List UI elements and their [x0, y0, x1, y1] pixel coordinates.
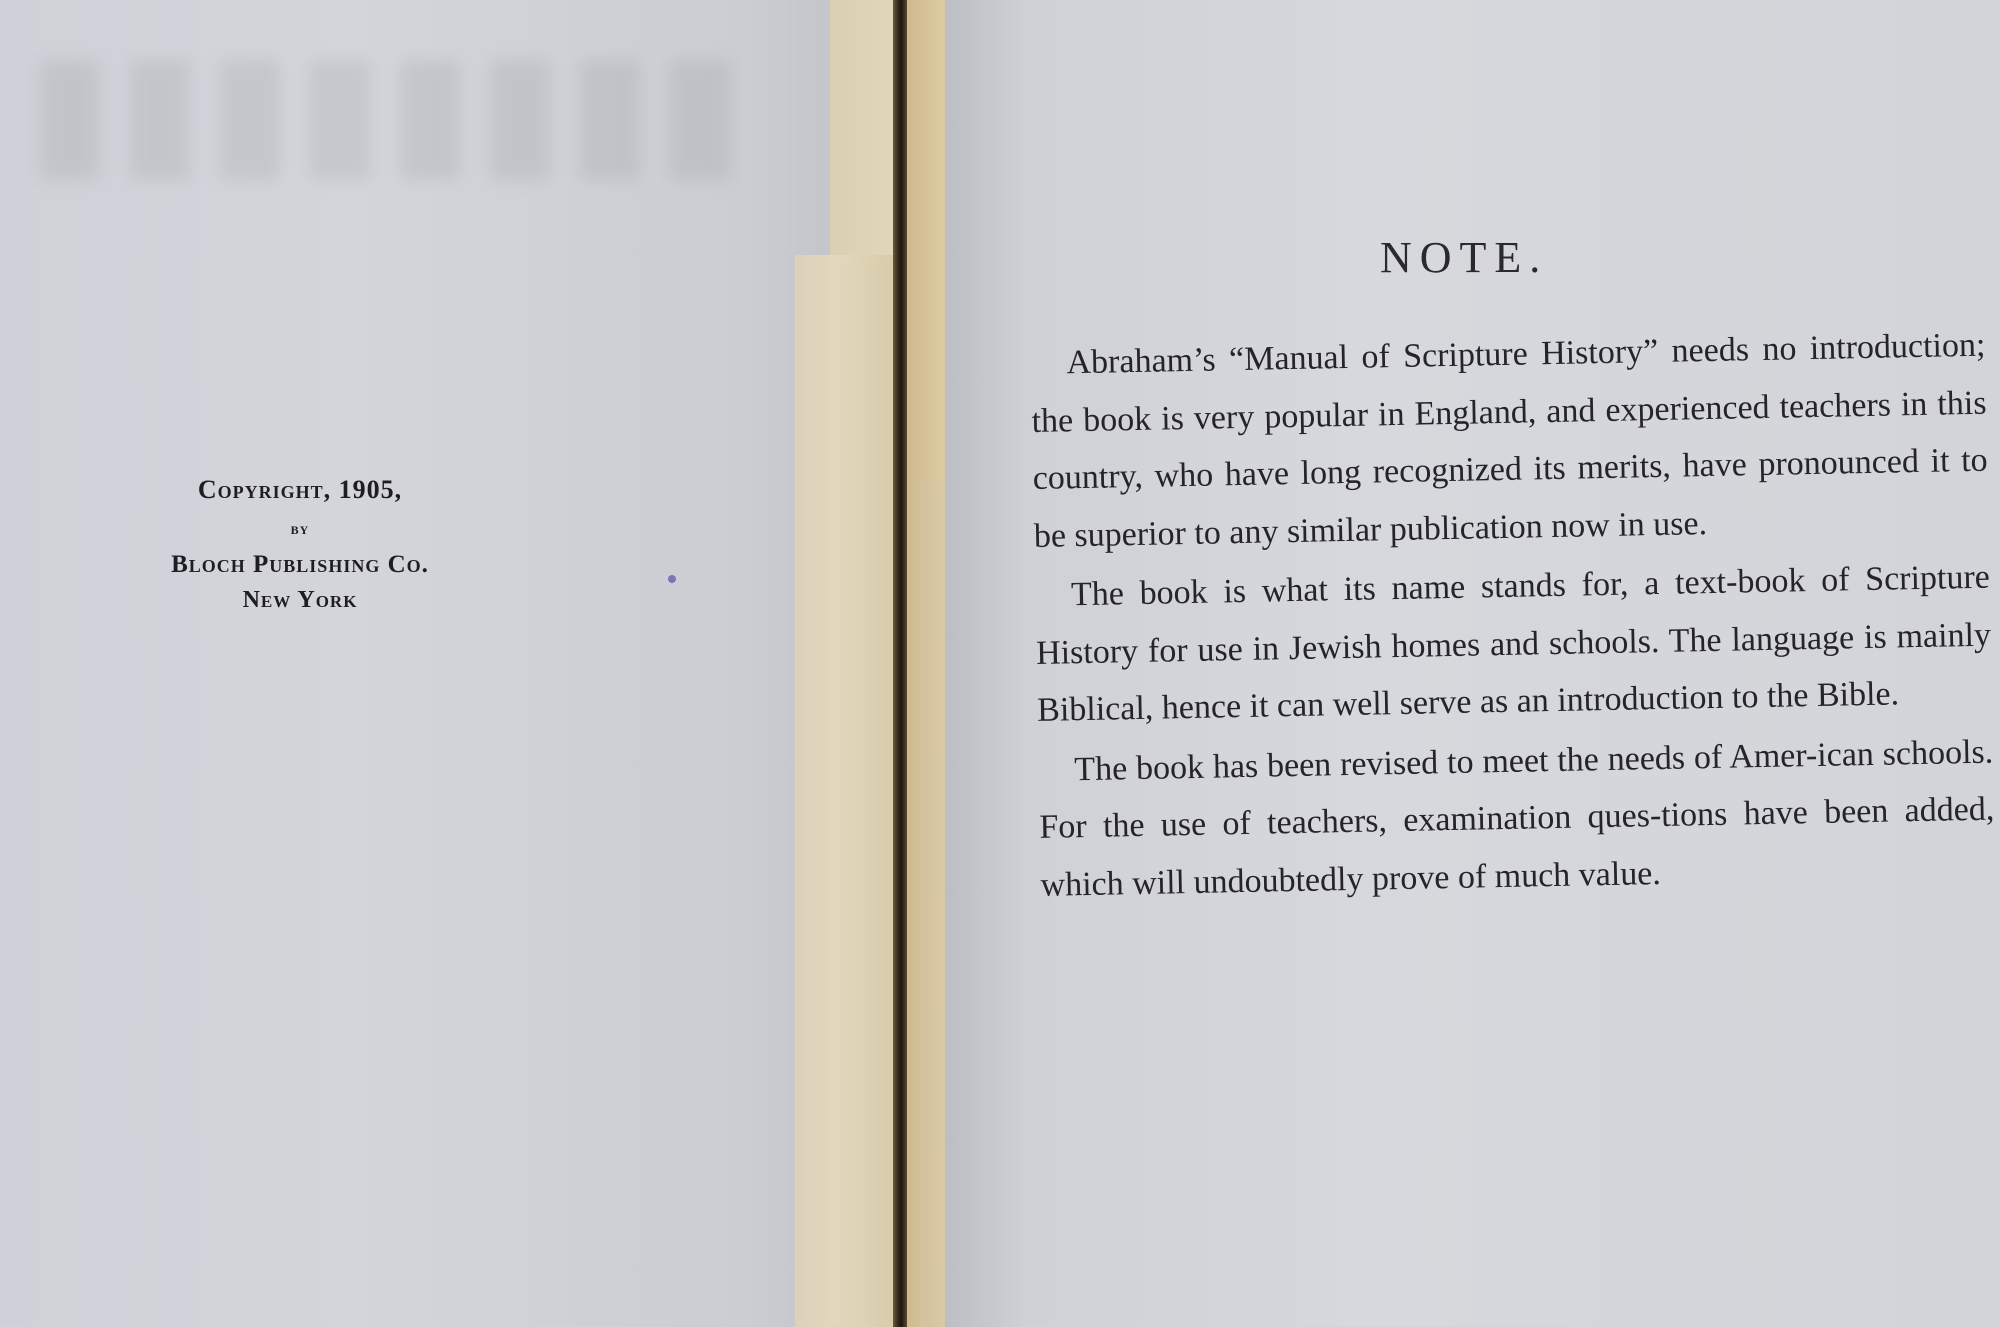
- publisher-city: New York: [140, 587, 460, 614]
- repair-tape-left: [795, 255, 895, 1327]
- note-paragraph: The book is what its name stands for, a …: [1034, 549, 1992, 740]
- note-paragraph: The book has been revised to meet the ne…: [1038, 723, 1996, 914]
- bleed-through-text: [40, 60, 760, 180]
- left-page: Copyright, 1905, by Bloch Publishing Co.…: [0, 0, 880, 1327]
- book-gutter: [893, 0, 907, 1327]
- note-paragraph: Abraham’s “Manual of Scripture History” …: [1030, 317, 1989, 565]
- publisher-name: Bloch Publishing Co.: [140, 551, 460, 579]
- note-body: Abraham’s “Manual of Scripture History” …: [1030, 317, 1996, 916]
- note-heading: NOTE.: [1380, 232, 1548, 283]
- copyright-notice: Copyright, 1905, by Bloch Publishing Co.…: [140, 475, 460, 614]
- ink-spot: [668, 575, 676, 583]
- copyright-line: Copyright, 1905,: [140, 475, 460, 505]
- by-line: by: [140, 519, 460, 539]
- repair-tape-left-top: [830, 0, 895, 260]
